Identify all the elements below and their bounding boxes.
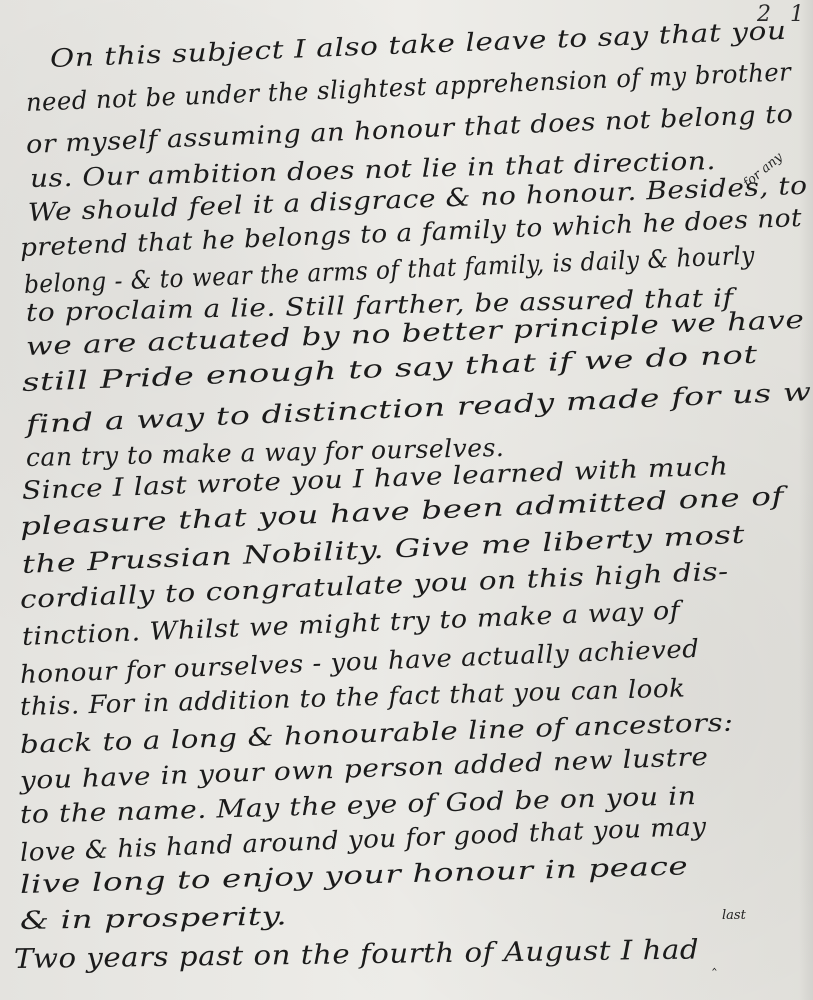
text-line-26: Two years past on the fourth of August I… bbox=[14, 934, 700, 975]
text-line-25: & in prosperity. bbox=[20, 901, 288, 935]
manuscript-page: 2 1 On this subject I also take leave to… bbox=[0, 0, 813, 1000]
insert-last: last bbox=[722, 908, 746, 923]
insertion-caret: ‸ bbox=[712, 955, 717, 971]
page-edge-shadow bbox=[799, 0, 813, 1000]
